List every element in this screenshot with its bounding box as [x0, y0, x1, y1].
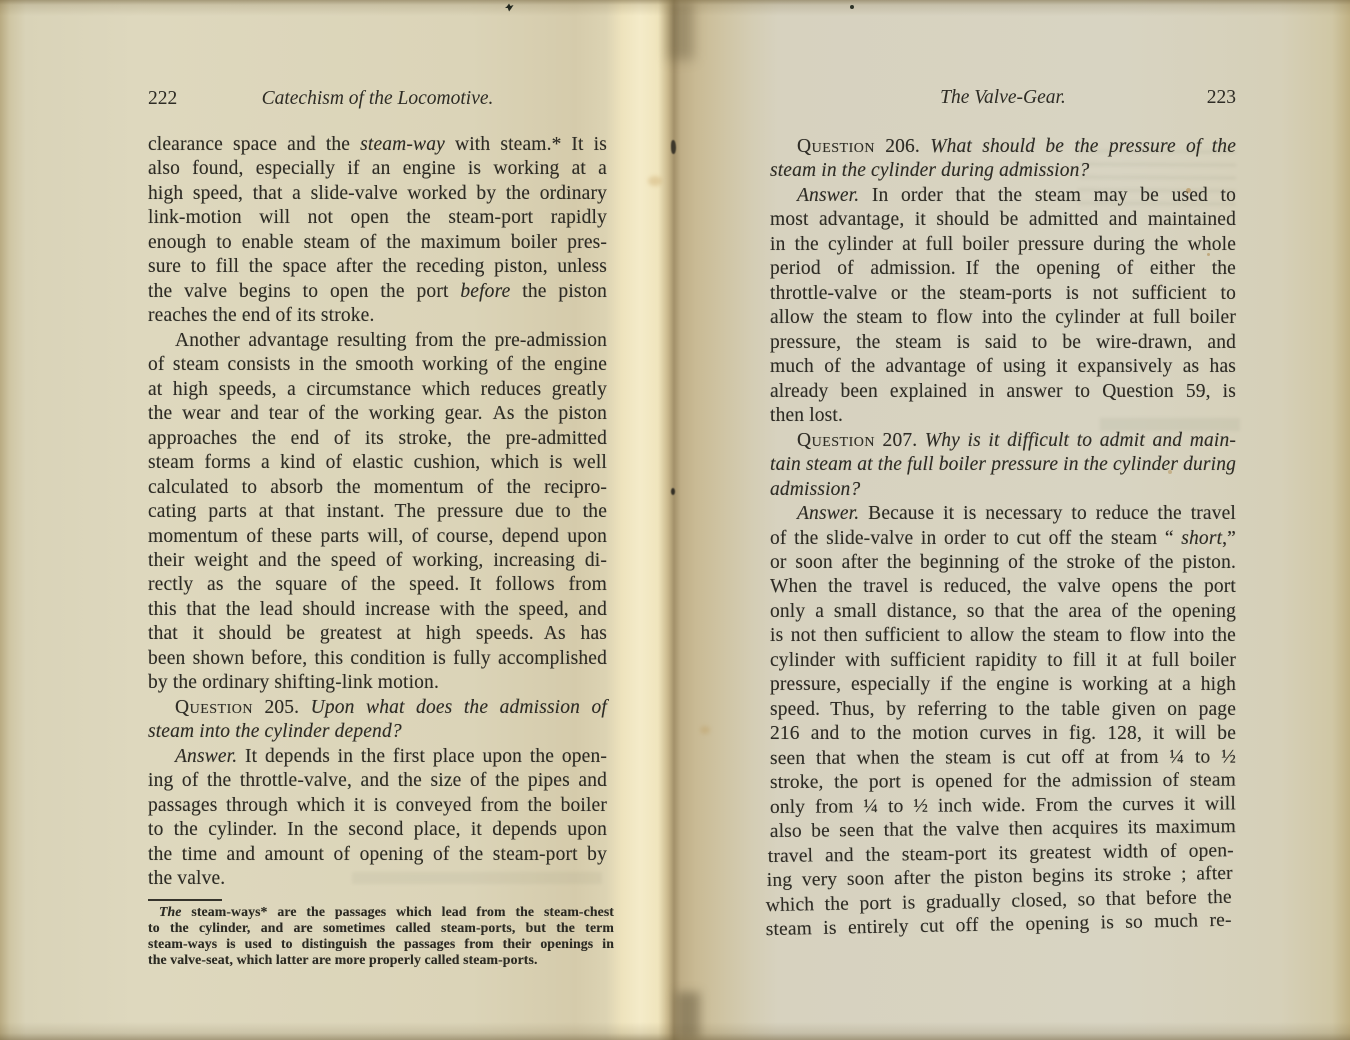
text-line: link-motion will not open the steam-port… [148, 206, 607, 230]
text-line: reaches the end of its stroke. [148, 304, 607, 328]
text-line: in the cylinder at full boiler pressure … [770, 233, 1236, 257]
text-line: their weight and the speed of working, i… [148, 549, 607, 573]
text-line: admission? [770, 478, 1236, 502]
left-page-text: clearance space and the steam-way with s… [148, 133, 607, 892]
text-line: steam in the cylinder during admission? [770, 159, 1236, 183]
page-edge-nick [671, 140, 676, 154]
footnote-rule [148, 899, 222, 901]
text-line: been shown before, this condition is ful… [148, 647, 607, 671]
text-line: cating parts at that instant. The pressu… [148, 500, 607, 524]
text-line: speed. Thus, by referring to the table g… [770, 698, 1236, 722]
text-line: ing of the throttle-valve, and the size … [148, 769, 607, 793]
text-line: Answer. Because it is necessary to reduc… [770, 502, 1236, 526]
text-line: steam into the cylinder depend? [148, 720, 607, 744]
text-line: Question 205. Upon what does the admissi… [148, 696, 607, 720]
text-line: the valve begins to open the port before… [148, 280, 607, 304]
text-line: allow the steam to flow into the cylinde… [770, 306, 1236, 330]
gutter-shadow-bottom [676, 992, 700, 1040]
text-line: the wear and tear of the working gear. A… [148, 402, 607, 426]
text-line: Answer. It depends in the first place up… [148, 745, 607, 769]
text-line: to the cylinder, and are sometimes calle… [148, 920, 614, 936]
text-line: most advantage, it should be admitted an… [770, 208, 1236, 232]
text-line: of the slide-valve in order to cut off t… [770, 527, 1236, 551]
text-line: already been explained in answer to Ques… [770, 380, 1236, 404]
text-line: or soon after the beginning of the strok… [770, 551, 1236, 575]
text-line: pressure, the steam is said to be wire-d… [770, 331, 1236, 355]
text-line: is not then sufficient to allow the stea… [770, 624, 1236, 648]
left-running-head: Catechism of the Locomotive. [148, 86, 607, 112]
text-line: the valve. [148, 867, 607, 891]
text-line: high speed, that a slide-valve worked by… [148, 182, 607, 206]
text-line: When the travel is reduced, the valve op… [770, 575, 1236, 599]
text-line: seen that when the steam is cut off at f… [770, 745, 1236, 771]
text-line: sure to fill the space after the recedin… [148, 255, 607, 279]
text-line: only a small distance, so that the area … [770, 600, 1236, 624]
text-line: passages through which it is conveyed fr… [148, 794, 607, 818]
text-line: period of admission. If the opening of e… [770, 257, 1236, 281]
text-line: this that the lead should increase with … [148, 598, 607, 622]
book-scan: 222 Catechism of the Locomotive. clearan… [0, 0, 1350, 1040]
text-line: Another advantage resulting from the pre… [148, 329, 607, 353]
text-line: by the ordinary shifting-link motion. [148, 671, 607, 695]
right-running-head: The Valve-Gear. [770, 85, 1236, 111]
text-line: also found, especially if an engine is w… [148, 157, 607, 181]
ink-speck [850, 5, 854, 9]
paper-stain [648, 176, 662, 186]
text-line: Question 207. Why is it difficult to adm… [770, 429, 1236, 453]
text-line: rectly as the square of the speed. It fo… [148, 573, 607, 597]
text-line: clearance space and the steam-way with s… [148, 133, 607, 157]
text-line: at high speeds, a circumstance which red… [148, 378, 607, 402]
text-line: the valve-seat, which latter are more pr… [148, 952, 614, 968]
text-line: then lost. [770, 404, 1236, 428]
text-line: to the cylinder. In the second place, it… [148, 818, 607, 842]
text-line: steam-ways is used to distinguish the pa… [148, 936, 614, 952]
left-page-footnote: The steam-ways* are the passages which l… [148, 904, 614, 969]
text-line: steam forms a kind of elastic cushion, w… [148, 451, 607, 475]
text-line: pressure, especially if the engine is wo… [770, 673, 1236, 697]
text-line: enough to enable steam of the maximum bo… [148, 231, 607, 255]
right-page-header: The Valve-Gear. 223 [770, 85, 1236, 111]
text-line: tain steam at the full boiler pressure i… [770, 453, 1236, 477]
right-page-text: Question 206. What should be the pressur… [770, 135, 1236, 942]
text-line: that it should be greatest at high speed… [148, 622, 607, 646]
right-page-number: 223 [1207, 85, 1236, 111]
text-line: The steam-ways* are the passages which l… [148, 904, 614, 920]
paper-stain [700, 726, 710, 734]
text-line: throttle-valve or the steam-ports is not… [770, 282, 1236, 306]
page-edge-speck [671, 488, 675, 495]
text-line: much of the advantage of using it expans… [770, 355, 1236, 379]
text-line: cylinder with sufficient rapidity to fil… [770, 649, 1236, 673]
text-line: of steam consists in the smooth working … [148, 353, 607, 377]
text-line: stroke, the port is opened for the admis… [770, 769, 1236, 796]
left-page-header: 222 Catechism of the Locomotive. [148, 86, 607, 112]
ink-speck [505, 2, 514, 12]
gutter-shadow-top [668, 0, 694, 60]
text-line: 216 and to the motion curves in fig. 128… [770, 722, 1236, 746]
left-page-number: 222 [148, 86, 177, 112]
text-line: approaches the end of its stroke, the pr… [148, 427, 607, 451]
text-line: calculated to absorb the momentum of the… [148, 476, 607, 500]
text-line: Answer. In order that the steam may be u… [770, 184, 1236, 208]
text-line: momentum of these parts will, of course,… [148, 525, 607, 549]
text-line: the time and amount of opening of the st… [148, 843, 607, 867]
text-line: Question 206. What should be the pressur… [770, 135, 1236, 159]
